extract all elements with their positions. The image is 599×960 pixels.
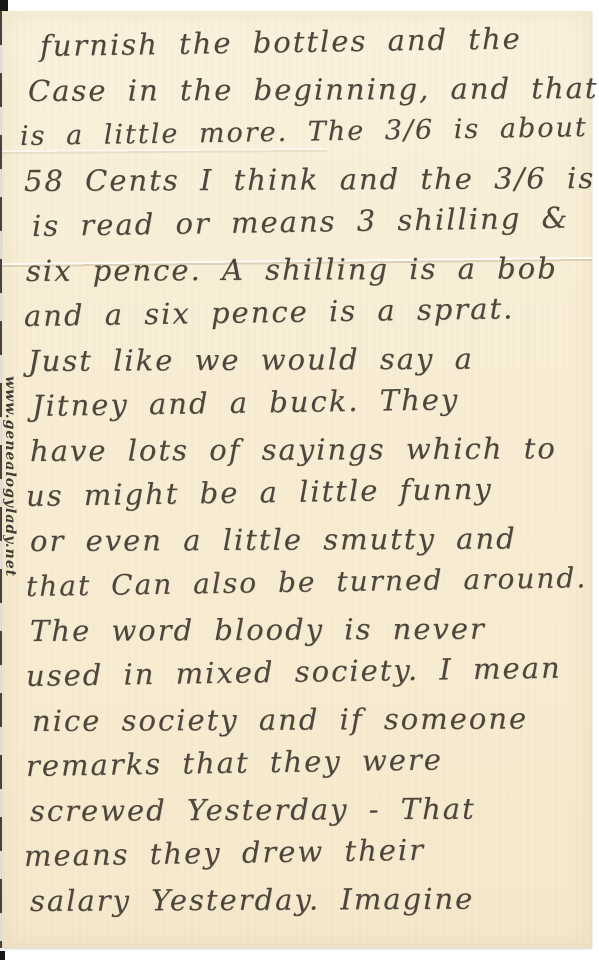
handwritten-line: Jitney and a buck. They — [32, 375, 583, 429]
handwritten-line: us might be a little funny — [26, 465, 583, 519]
watermark-text: www.genealogylady.net — [2, 376, 18, 577]
scanned-letter-page: furnish the bottles and the Case in the … — [0, 0, 599, 960]
letter-paper: furnish the bottles and the Case in the … — [2, 11, 592, 948]
handwritten-line: furnish the bottles and the — [40, 15, 583, 69]
handwritten-line: is read or means 3 shilling & — [32, 195, 583, 249]
handwritten-line: used in mixed society. I mean — [26, 645, 583, 699]
scanner-edge-artifact — [0, 11, 2, 948]
handwritten-line: remarks that they were — [26, 735, 583, 789]
scanner-corner-artifact — [0, 951, 5, 960]
handwritten-line: and a six pence is a sprat. — [24, 285, 583, 339]
handwritten-line: means they drew their — [24, 825, 583, 879]
handwritten-line: that Can also be turned around. — [26, 555, 583, 609]
scanner-corner-artifact — [0, 0, 8, 11]
handwritten-line: is a little more. The 3/6 is about — [20, 105, 583, 159]
handwritten-text-block: furnish the bottles and the Case in the … — [28, 24, 582, 924]
handwritten-line: salary Yesterday. Imagine — [30, 876, 582, 924]
